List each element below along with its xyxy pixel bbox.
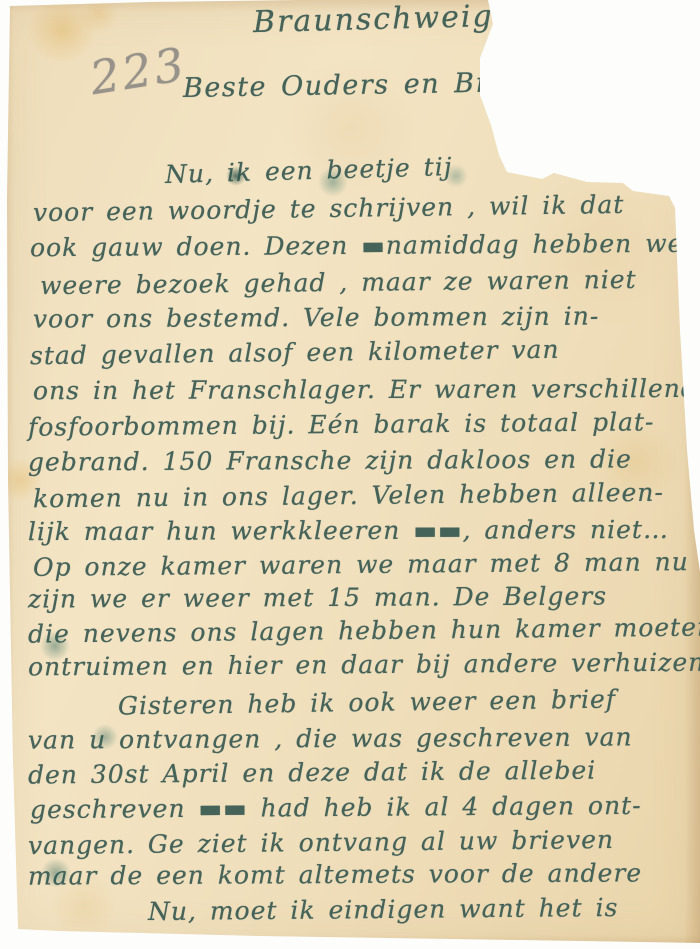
letter-line: weere bezoek gehad , maar ze waren niet (40, 267, 637, 299)
letter-line: zijn we er weer met 15 man. De Belgers (28, 583, 607, 612)
letter-line: van u ontvangen , die was geschreven van (28, 724, 633, 753)
letter-line: stad gevallen alsof een kilometer van (30, 337, 560, 370)
letter-line: ons in het Franschlager. Er waren versch… (33, 376, 700, 405)
pencil-archive-number: 223 (86, 37, 190, 105)
letter-line: die nevens ons lagen hebben hun kamer mo… (28, 614, 700, 647)
letter-line: voor ons bestemd. Vele bommen zijn in- (33, 304, 599, 333)
letter-line: den 30st April en deze dat ik de allebei (28, 758, 596, 789)
letter-paper: Braunschweig 223 Beste Ouders en Broe Nu… (0, 0, 700, 949)
letter-line: komen nu in ons lager. Velen hebben alle… (33, 480, 664, 513)
letter-line: maar de een komt altemets voor de andere (28, 860, 642, 889)
letter-line: Op onze kamer waren we maar met 8 man nu (33, 549, 689, 581)
letter-salutation: Beste Ouders en Broe (183, 69, 526, 103)
letter-line: Nu, ik een beetje tij (165, 154, 453, 188)
letter-line: lijk maar hun werkkleeren ▬▬, anders nie… (28, 517, 669, 545)
letter-line: fosfoorbommen bij. Eén barak is totaal p… (28, 409, 655, 441)
letter-line: ontruimen en hier en daar bij andere ver… (28, 650, 700, 681)
letter-line: ook gauw doen. Dezen ▬namiddag hebben we (30, 231, 684, 262)
scan-background: Braunschweig 223 Beste Ouders en Broe Nu… (0, 0, 700, 949)
letter-place-header: Braunschweig (253, 1, 494, 39)
letter-line: Nu, moet ik eindigen want het is (148, 895, 619, 925)
letter-line: geschreven ▬▬ had heb ik al 4 dagen ont- (30, 793, 642, 824)
letter-line: voor een woordje te schrijven , wil ik d… (33, 192, 625, 227)
letter-line: vangen. Ge ziet ik ontvang al uw brieven (28, 827, 614, 859)
letter-line: gebrand. 150 Fransche zijn dakloos en di… (28, 446, 632, 475)
letter-line: Gisteren heb ik ook weer een brief (118, 687, 616, 720)
